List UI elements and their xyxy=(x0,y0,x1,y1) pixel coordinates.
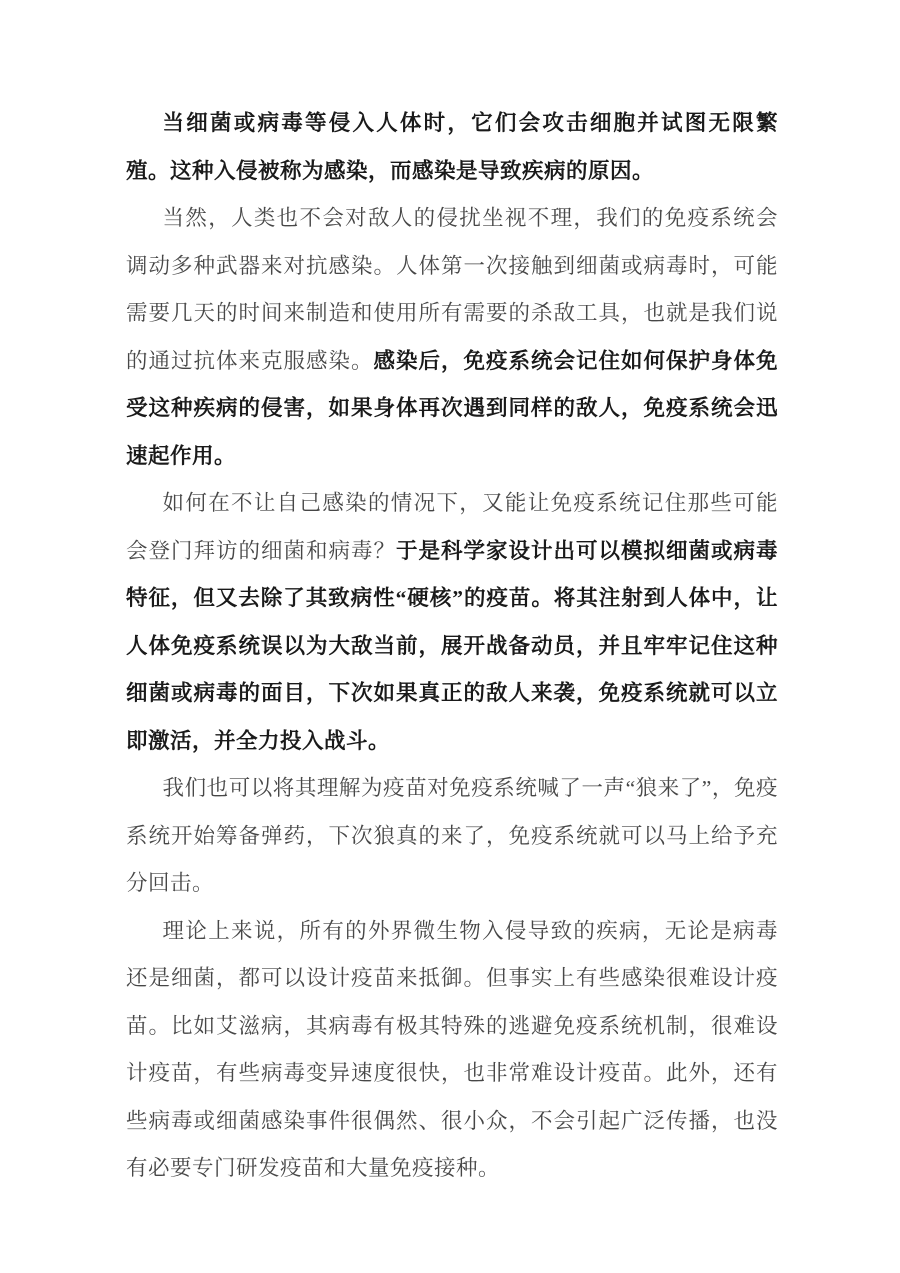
text-segment: 理论上来说，所有的外界微生物入侵导致的疾病，无论是病毒还是细菌，都可以设计疫苗来… xyxy=(126,919,778,1181)
bold-text-segment: 于是科学家设计出可以模拟细菌或病毒特征，但又去除了其致病性“硬核”的疫苗。将其注… xyxy=(126,539,778,753)
document-text-block: 当细菌或病毒等侵入人体时，它们会攻击细胞并试图无限繁殖。这种入侵被称为感染，而感… xyxy=(126,100,778,1193)
paragraph: 如何在不让自己感染的情况下，又能让免疫系统记住那些可能会登门拜访的细菌和病毒？于… xyxy=(126,480,778,765)
text-segment: 我们也可以将其理解为疫苗对免疫系统喊了一声“狼来了”，免疫系统开始筹备弹药，下次… xyxy=(126,776,778,895)
document-page: 当细菌或病毒等侵入人体时，它们会攻击细胞并试图无限繁殖。这种入侵被称为感染，而感… xyxy=(0,0,900,1273)
paragraph: 理论上来说，所有的外界微生物入侵导致的疾病，无论是病毒还是细菌，都可以设计疫苗来… xyxy=(126,908,778,1193)
bold-text-segment: 当细菌或病毒等侵入人体时，它们会攻击细胞并试图无限繁殖。这种入侵被称为感染，而感… xyxy=(126,111,778,183)
paragraph: 我们也可以将其理解为疫苗对免疫系统喊了一声“狼来了”，免疫系统开始筹备弹药，下次… xyxy=(126,765,778,908)
paragraph: 当然，人类也不会对敌人的侵扰坐视不理，我们的免疫系统会调动多种武器来对抗感染。人… xyxy=(126,195,778,480)
paragraph: 当细菌或病毒等侵入人体时，它们会攻击细胞并试图无限繁殖。这种入侵被称为感染，而感… xyxy=(126,100,778,195)
